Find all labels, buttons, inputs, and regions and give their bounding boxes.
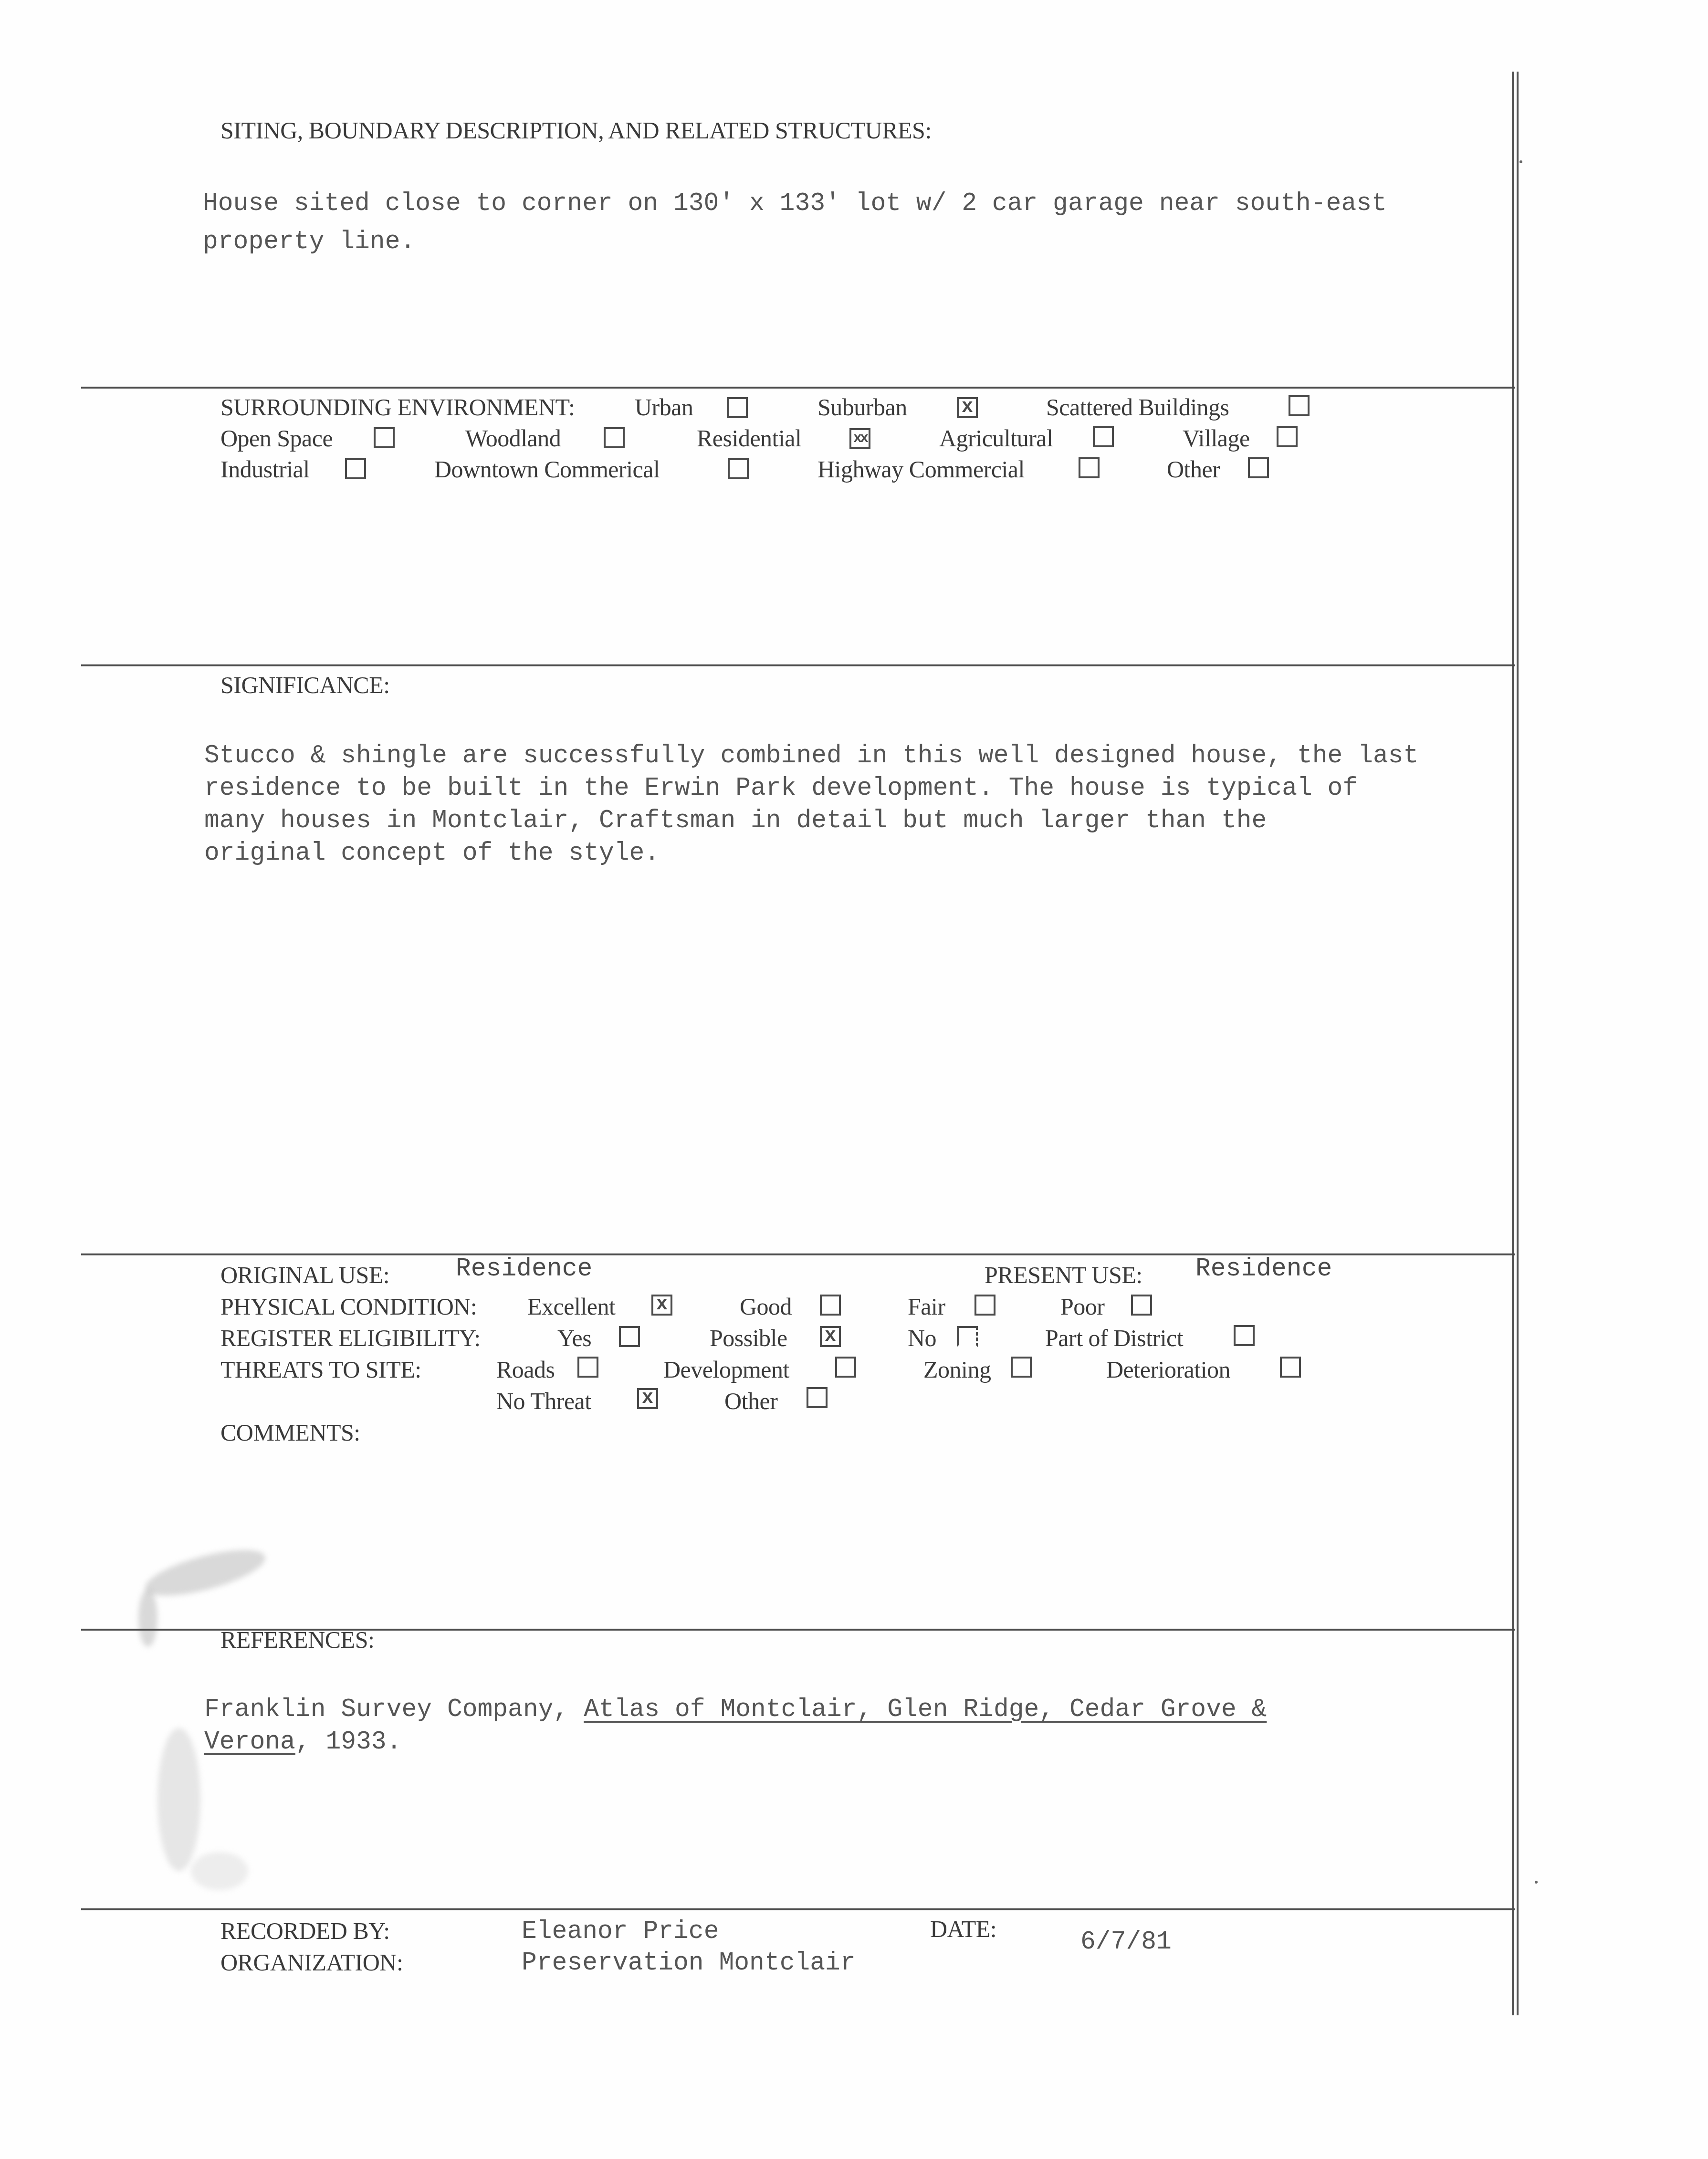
eligibility-no-checkbox[interactable] — [957, 1326, 978, 1347]
scan-speck — [1535, 1881, 1538, 1884]
significance-text-line: residence to be built in the Erwin Park … — [204, 776, 1358, 801]
reference-line: Verona, 1933. — [204, 1729, 401, 1755]
env-option-village-label: Village — [1183, 426, 1250, 450]
scan-smudge — [191, 1852, 248, 1890]
threats-label: THREATS TO SITE: — [220, 1358, 421, 1381]
section-divider — [81, 664, 1515, 666]
recorded-by-value: Eleanor Price — [522, 1919, 719, 1944]
env-option-openspace-label: Open Space — [220, 426, 333, 450]
env-option-agricultural-label: Agricultural — [939, 426, 1053, 450]
original-use-value: Residence — [456, 1256, 592, 1282]
threat-development-checkbox[interactable] — [835, 1357, 856, 1378]
date-value: 6/7/81 — [1080, 1929, 1172, 1955]
env-urban-checkbox[interactable] — [727, 397, 748, 418]
eligibility-district-checkbox[interactable] — [1234, 1325, 1255, 1346]
env-residential-checkbox[interactable]: xx — [849, 428, 870, 449]
threat-deterioration-label: Deterioration — [1106, 1358, 1230, 1381]
organization-label: ORGANIZATION: — [220, 1950, 403, 1974]
condition-good-label: Good — [740, 1295, 792, 1318]
threat-nothreat-checkbox[interactable]: x — [637, 1388, 658, 1409]
present-use-value: Residence — [1195, 1256, 1332, 1282]
eligibility-yes-label: Yes — [557, 1326, 591, 1350]
siting-heading: SITING, BOUNDARY DESCRIPTION, AND RELATE… — [220, 118, 932, 142]
scan-speck — [1519, 160, 1522, 163]
condition-fair-label: Fair — [908, 1295, 945, 1318]
threat-zoning-label: Zoning — [923, 1358, 991, 1381]
condition-excellent-checkbox[interactable]: x — [651, 1295, 672, 1316]
env-scattered-checkbox[interactable] — [1289, 395, 1310, 416]
eligibility-possible-label: Possible — [710, 1326, 787, 1350]
significance-text-line: many houses in Montclair, Craftsman in d… — [204, 808, 1267, 833]
reference-line: Franklin Survey Company, Atlas of Montcl… — [204, 1697, 1267, 1722]
env-option-scattered-label: Scattered Buildings — [1046, 395, 1229, 419]
physical-condition-label: PHYSICAL CONDITION: — [220, 1295, 477, 1318]
env-option-highway-label: Highway Commercial — [817, 457, 1025, 481]
threat-roads-label: Roads — [496, 1358, 555, 1381]
condition-poor-label: Poor — [1060, 1295, 1104, 1318]
scan-smudge — [157, 1728, 200, 1871]
scan-smudge — [141, 1541, 269, 1605]
env-option-industrial-label: Industrial — [220, 457, 310, 481]
reference-title: Atlas of Montclair, Glen Ridge, Cedar Gr… — [584, 1695, 1267, 1724]
comments-label: COMMENTS: — [220, 1421, 360, 1444]
env-other-checkbox[interactable] — [1248, 457, 1269, 478]
env-woodland-checkbox[interactable] — [604, 427, 625, 448]
env-option-urban-label: Urban — [635, 395, 693, 419]
register-eligibility-label: REGISTER ELIGIBILITY: — [220, 1326, 481, 1350]
eligibility-yes-checkbox[interactable] — [619, 1326, 640, 1347]
right-border-line — [1512, 72, 1514, 2015]
env-option-suburban-label: Suburban — [817, 395, 907, 419]
env-agricultural-checkbox[interactable] — [1093, 426, 1114, 447]
env-industrial-checkbox[interactable] — [345, 458, 366, 479]
eligibility-possible-checkbox[interactable]: x — [820, 1326, 841, 1347]
reference-author: Franklin Survey Company, — [204, 1695, 584, 1724]
original-use-label: ORIGINAL USE: — [220, 1263, 389, 1287]
siting-text-line: House sited close to corner on 130' x 13… — [203, 191, 1387, 216]
env-downtown-checkbox[interactable] — [728, 458, 749, 479]
threat-nothreat-label: No Threat — [496, 1389, 591, 1413]
survey-form-page: SITING, BOUNDARY DESCRIPTION, AND RELATE… — [0, 0, 1708, 2159]
env-village-checkbox[interactable] — [1277, 426, 1298, 447]
threat-roads-checkbox[interactable] — [577, 1357, 598, 1378]
references-heading: REFERENCES: — [220, 1628, 374, 1652]
condition-excellent-label: Excellent — [527, 1295, 615, 1318]
condition-good-checkbox[interactable] — [820, 1295, 841, 1316]
significance-text-line: Stucco & shingle are successfully combin… — [204, 743, 1418, 769]
significance-text-line: original concept of the style. — [204, 841, 660, 866]
environment-heading: SURROUNDING ENVIRONMENT: — [220, 395, 575, 419]
env-option-downtown-label: Downtown Commerical — [434, 457, 660, 481]
organization-value: Preservation Montclair — [522, 1950, 856, 1976]
present-use-label: PRESENT USE: — [985, 1263, 1142, 1287]
threat-deterioration-checkbox[interactable] — [1280, 1357, 1301, 1378]
condition-poor-checkbox[interactable] — [1131, 1295, 1152, 1316]
env-option-residential-label: Residential — [697, 426, 801, 450]
eligibility-district-label: Part of District — [1045, 1326, 1183, 1350]
reference-title: Verona — [204, 1727, 295, 1756]
right-border-line — [1517, 72, 1519, 2015]
eligibility-no-label: No — [908, 1326, 936, 1350]
section-divider — [81, 1908, 1515, 1910]
recorded-by-label: RECORDED BY: — [220, 1919, 390, 1943]
date-label: DATE: — [930, 1917, 996, 1941]
threat-other-checkbox[interactable] — [807, 1387, 828, 1408]
threat-other-label: Other — [724, 1389, 777, 1413]
env-openspace-checkbox[interactable] — [374, 427, 395, 448]
scan-smudge — [138, 1590, 157, 1647]
env-suburban-checkbox[interactable]: x — [957, 397, 978, 418]
reference-year: , 1933. — [295, 1727, 402, 1756]
env-option-woodland-label: Woodland — [465, 426, 561, 450]
significance-heading: SIGNIFICANCE: — [220, 673, 390, 697]
threat-development-label: Development — [663, 1358, 789, 1381]
siting-text-line: property line. — [203, 229, 415, 254]
threat-zoning-checkbox[interactable] — [1011, 1357, 1032, 1378]
env-option-other-label: Other — [1167, 457, 1220, 481]
env-highway-checkbox[interactable] — [1079, 457, 1100, 478]
condition-fair-checkbox[interactable] — [975, 1295, 995, 1316]
section-divider — [81, 387, 1515, 389]
